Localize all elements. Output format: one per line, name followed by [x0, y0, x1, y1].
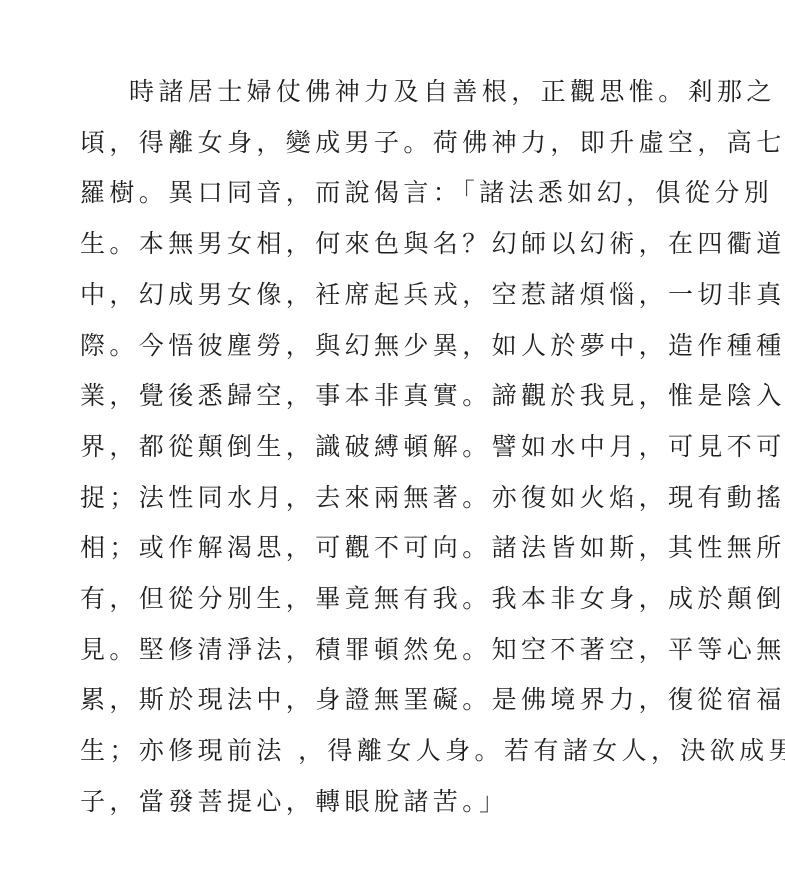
text-line-15: 子，當發菩提心，轉眼脫諸苦。」 [80, 786, 509, 818]
text-line-8: 界，都從顛倒生，識破縛頓解。譬如水中月，可見不可 [80, 431, 785, 463]
text-line-7: 業，覺後悉歸空，事本非真實。諦觀於我見，惟是陰入 [80, 380, 785, 412]
text-line-14: 生；亦修現前法 ，得離女人身。若有諸女人，決欲成男 [80, 735, 785, 767]
text-line-5: 中，幻成男女像，衽席起兵戎，空惹諸煩惱，一切非真 [80, 279, 785, 311]
text-line-9: 捉；法性同水月，去來兩無著。亦復如火焰，現有動搖 [80, 482, 785, 514]
text-line-4: 生。本無男女相，何來色與名？幻師以幻術，在四衢道 [80, 228, 785, 260]
text-line-13: 累，斯於現法中，身證無罣礙。是佛境界力，復從宿福 [80, 684, 785, 716]
document-page: 時諸居士婦仗佛神力及自善根，正觀思惟。剎那之 頃，得離女身，變成男子。荷佛神力，… [0, 0, 785, 889]
text-line-12: 見。堅修清淨法，積罪頓然免。知空不著空，平等心無 [80, 634, 785, 666]
text-line-2: 頃，得離女身，變成男子。荷佛神力，即升虛空，高七多 [80, 127, 785, 159]
text-line-1: 時諸居士婦仗佛神力及自善根，正觀思惟。剎那之 [129, 76, 776, 108]
text-line-6: 際。今悟彼塵勞，與幻無少異，如人於夢中，造作種種 [80, 330, 785, 362]
text-line-11: 有，但從分別生，畢竟無有我。我本非女身，成於顛倒 [80, 583, 785, 615]
text-line-10: 相；或作解渴思，可觀不可向。諸法皆如斯，其性無所 [80, 532, 785, 564]
text-line-3: 羅樹。異口同音，而說偈言：「諸法悉如幻，俱從分別 [80, 177, 773, 209]
